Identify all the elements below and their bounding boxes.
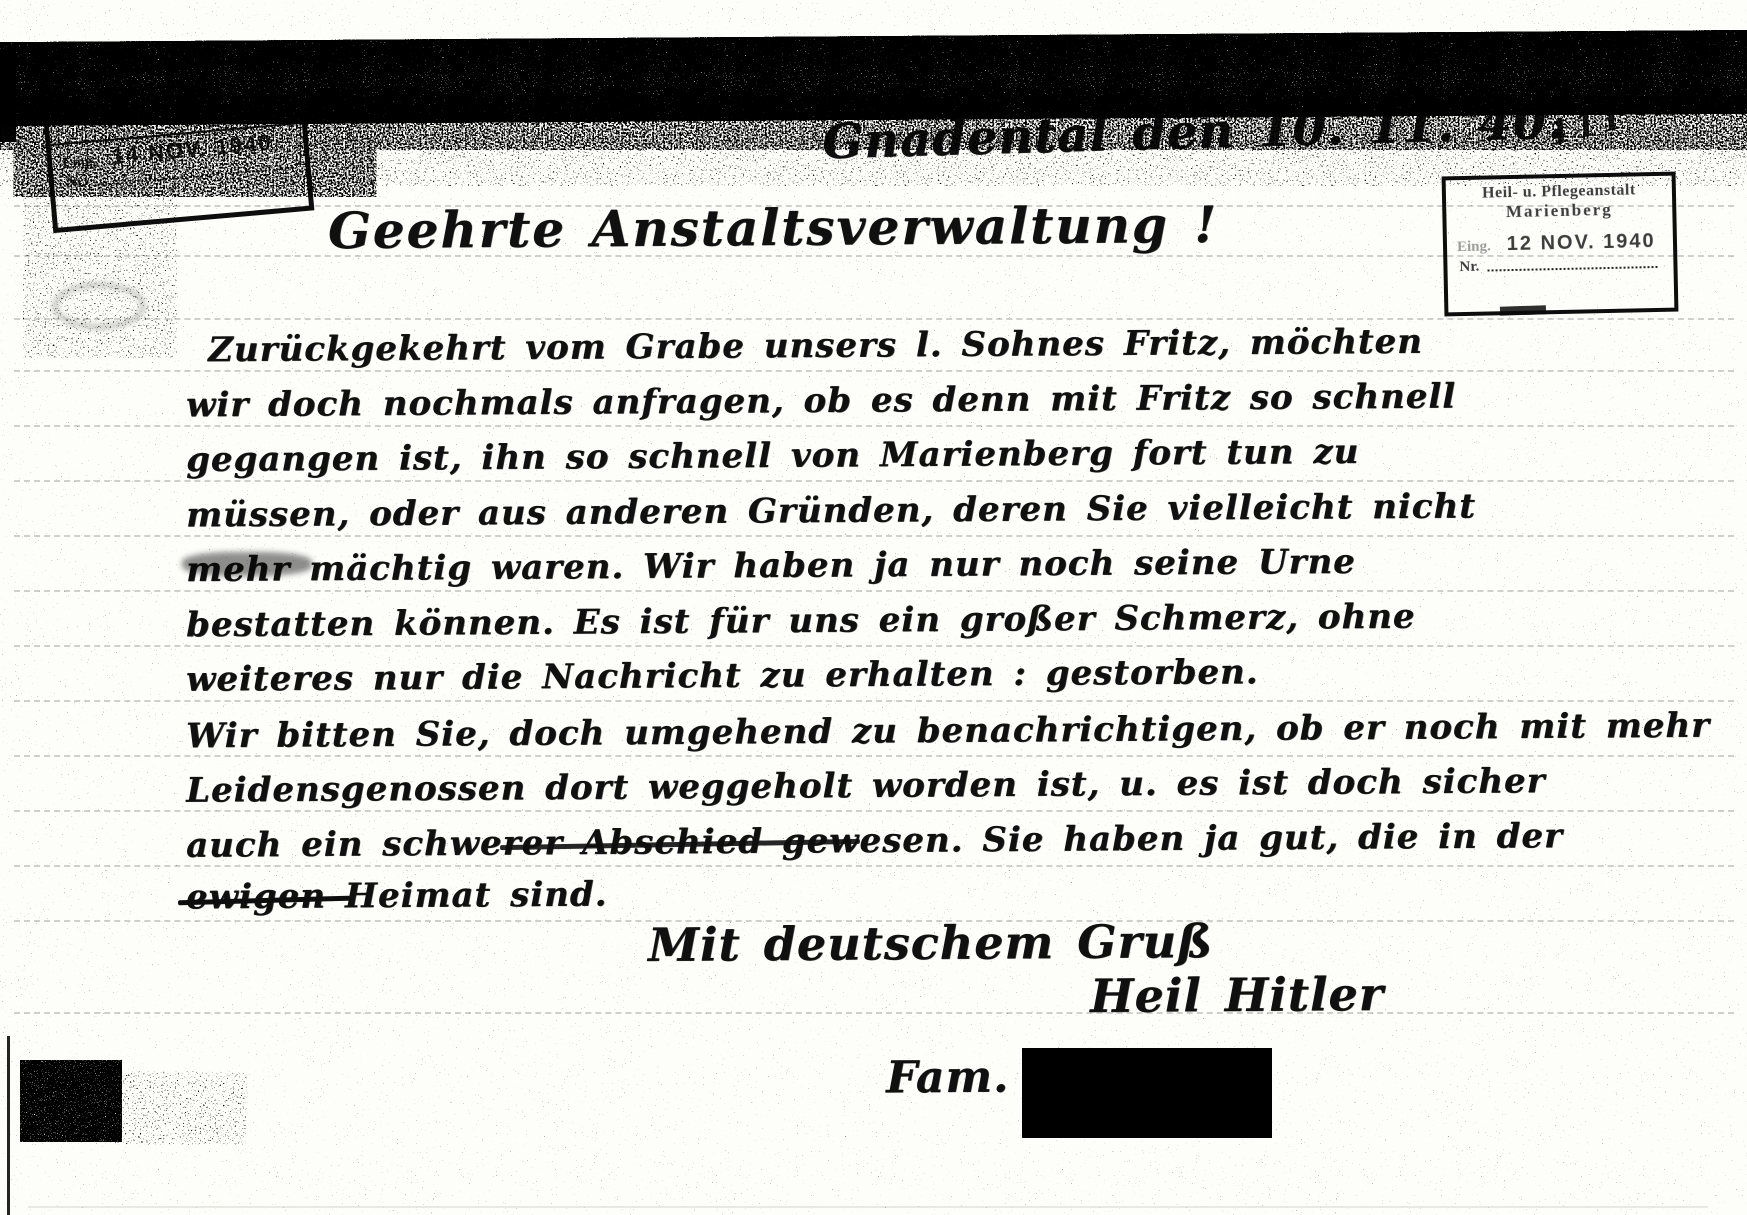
letter-body-line: müssen, oder aus anderen Gründen, deren … bbox=[186, 486, 1476, 535]
letter-body-line: bestatten können. Es ist für uns ein gro… bbox=[186, 597, 1416, 646]
scan-artifact-bar-right bbox=[1500, 305, 1546, 316]
scanned-letter-page: …anstalt Marienberg Eing. 14 NOV. 1940 N… bbox=[0, 0, 1747, 1215]
ink-blot-artifact bbox=[182, 552, 312, 576]
letter-body-line: wir doch nochmals anfragen, ob es denn m… bbox=[186, 377, 1456, 426]
letter-body-line: gegangen ist, ihn so schnell von Marienb… bbox=[186, 432, 1360, 480]
scan-edge-mark-top-left bbox=[0, 50, 16, 142]
letter-body-line: auch ein schwerer Abschied gewesen. Sie … bbox=[186, 816, 1563, 866]
letter-body-line: weiteres nur die Nachricht zu erhalten :… bbox=[186, 652, 1259, 699]
letter-body-line: Zurückgekehrt vom Grabe unsers l. Sohnes… bbox=[208, 322, 1423, 370]
letter-closing: Mit deutschem Gruß bbox=[648, 914, 1213, 972]
scan-edge-line-bottom-left bbox=[7, 1036, 10, 1215]
letter-closing-salute: Heil Hitler bbox=[1090, 967, 1384, 1023]
signature-prefix: Fam. bbox=[886, 1052, 1010, 1104]
letter-body-line: ewigen Heimat sind. bbox=[186, 875, 608, 918]
letter-body-line: Leidensgenossen dort weggeholt worden is… bbox=[186, 761, 1546, 810]
letter-body-line: mehr mächtig waren. Wir haben ja nur noc… bbox=[186, 542, 1356, 590]
redaction-box bbox=[1022, 1048, 1272, 1138]
letter-body-line: Wir bitten Sie, doch umgehend zu benachr… bbox=[186, 706, 1710, 757]
letter-body: Zurückgekehrt vom Grabe unsers l. Sohnes… bbox=[0, 0, 1747, 1215]
